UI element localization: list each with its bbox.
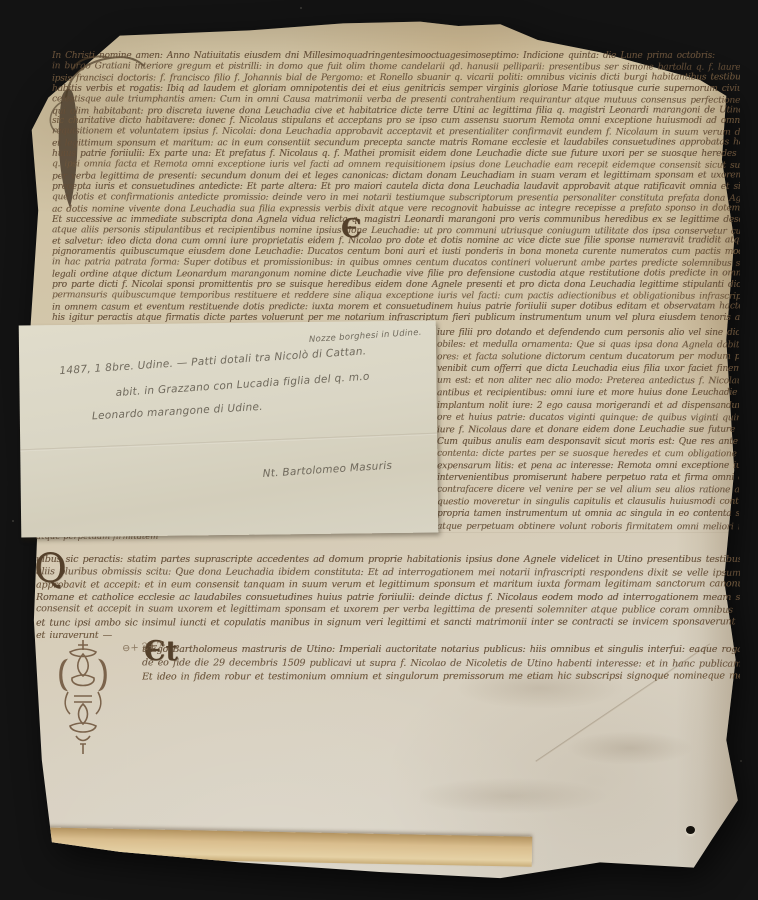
main-text-block: In Christi nomine amen: Anno Natiuitatis… — [52, 51, 740, 324]
notary-signum — [50, 638, 116, 758]
manuscript-line: uibus sic peractis: statim partes supras… — [36, 554, 740, 567]
slip-corner-note: Nozze borghesi in Udine. — [309, 328, 422, 345]
initial-letter-Q: Q — [34, 549, 67, 589]
manuscript-line: Et ideo in fidem robur et testimonium om… — [142, 669, 740, 684]
photograph-stage: In Christi nomine amen: Anno Natiuitatis… — [0, 0, 758, 900]
right-column-text: iure filii pro dotando et defendendo cum… — [437, 327, 739, 533]
manuscript-line: questio moveretur in singulis capitulis … — [437, 496, 739, 509]
manuscript-line: qui olim habitabant: pro discreta iuvene… — [52, 105, 740, 117]
initial-letter-E: Є — [341, 216, 362, 242]
manuscript-line: Cum quibus anulis eam desponsavit sicut … — [437, 436, 739, 448]
manuscript-line: que dotis et confirmationis antedicte pr… — [52, 192, 740, 204]
manuscript-line: antibus et recipientibus: omni iure et m… — [437, 387, 739, 400]
slip-notary-note: Nt. Bartolomeo Masuris — [262, 460, 392, 480]
manuscript-line: de eo fide die 29 decembris 1509 publica… — [142, 656, 740, 671]
manuscript-line: propria tamen instrumentum ut omnia ac s… — [437, 508, 739, 520]
manuscript-line: et tunc ipsi ambo sic insimul iuncti et … — [36, 616, 740, 630]
manuscript-line: expensarum litis: et pena ac interesse: … — [437, 460, 739, 473]
slip-father-line: Leonardo marangone di Udine. — [92, 401, 264, 423]
notary-subscription-block: t Ego Bartholomeus mastruris de Utino: I… — [142, 643, 740, 684]
edge-speck — [456, 18, 461, 22]
manuscript-line: iure filii pro dotando et defendendo cum… — [437, 327, 739, 339]
archival-note-slip: Nozze borghesi in Udine. 1487, 1 8bre. U… — [19, 320, 439, 537]
slip-date-line: 1487, 1 8bre. Udine. — Patti dotali tra … — [59, 345, 367, 377]
manuscript-line: legali ordine atque dictum Leonardum mar… — [52, 269, 740, 281]
edge-speck — [363, 18, 370, 22]
manuscript-line: In Christi nomine amen: Anno Natiuitatis… — [52, 51, 716, 62]
manuscript-line: ores: et facta solutione dictorum centum… — [437, 351, 739, 364]
worm-hole — [686, 826, 695, 834]
manuscript-line: et iuraverunt — — [36, 630, 740, 643]
manuscript-line: pro parte dicti f. Nicolai sponsi promit… — [52, 280, 740, 291]
edge-speck — [430, 16, 439, 21]
manuscript-line: t Ego Bartholomeus mastruris de Utino: I… — [142, 643, 740, 657]
manuscript-line: et legittimum sponsum et maritum: ac in … — [52, 138, 740, 150]
manuscript-line: contenta: dicte partes per se suosque he… — [437, 448, 739, 461]
manuscript-line: obiles: et medulla ornamenta: Que si qua… — [437, 339, 739, 352]
manuscript-line: contrafacere dicere vel venire per se ve… — [437, 484, 739, 497]
manuscript-line: huius patrie foriiulii: Ex parte una: Et… — [52, 149, 740, 160]
manuscript-line: in omnem casum et eventum restituende do… — [52, 301, 740, 313]
manuscript-line: Et successive ac immediate subscripta do… — [52, 215, 740, 226]
manuscript-line: per verba legittima de presenti: secundu… — [52, 170, 740, 182]
manuscript-line: et salvetur: ideo dicta dona cum omni iu… — [52, 236, 740, 248]
manuscript-line: ipsis francisci doctoris: f. francisco f… — [52, 72, 740, 84]
slip-parties-line: abit. in Grazzano con Lucadia figlia del… — [115, 371, 370, 399]
manuscript-line: precepta iuris et consuetudines antedict… — [52, 182, 740, 193]
manuscript-line: atque perpetuam obtinere volunt roboris … — [437, 520, 739, 533]
espousal-clause-block: uibus sic peractis: statim partes supras… — [36, 554, 740, 642]
manuscript-line: implantum nolit iure: 2 ego causa morige… — [437, 400, 739, 412]
manuscript-line: iure f. Nicolaus dare et donare eidem do… — [437, 423, 739, 436]
manuscript-line: habitis verbis et rogatis: Ibiq ad laude… — [52, 84, 740, 95]
manuscript-line: ore et huius patrie: ducatos viginti qui… — [437, 411, 739, 424]
manuscript-line: approbavit et accepit: et in eum consens… — [36, 579, 740, 593]
manuscript-line: ac dotis nomine vivente dona Leuchadia s… — [52, 203, 740, 215]
manuscript-line: celestisque aule triumphantis amen: Cum … — [52, 94, 740, 106]
manuscript-line: intervenientibus promiserunt habere perp… — [437, 472, 739, 484]
edge-speck — [308, 20, 318, 25]
slip-crease — [20, 433, 437, 452]
manuscript-line: venibit cum offerri que dicta Leuchadia … — [437, 363, 739, 375]
